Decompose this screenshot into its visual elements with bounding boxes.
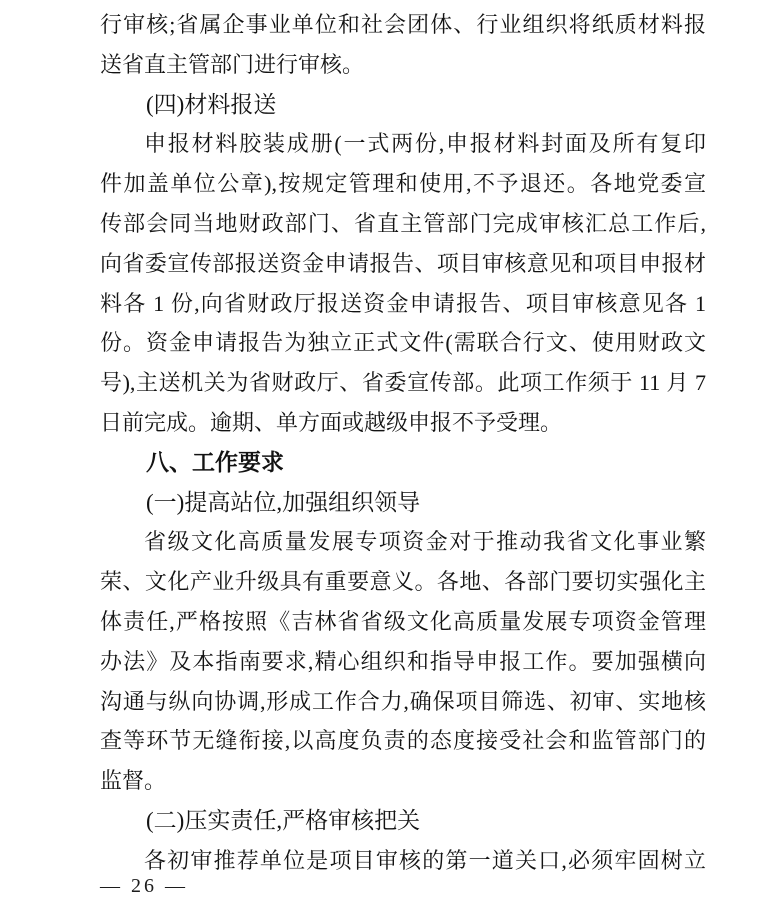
- text-line: 送省直主管部门进行审核。: [100, 45, 706, 85]
- text-line: 号),主送机关为省财政厅、省委宣传部。此项工作须于 11 月 7: [100, 363, 706, 403]
- subsection-heading: (四)材料报送: [100, 85, 706, 125]
- page-number: — 26 —: [100, 873, 188, 899]
- text-line: 体责任,严格按照《吉林省省级文化高质量发展专项资金管理: [100, 602, 706, 642]
- text-line: 监督。: [100, 761, 706, 801]
- text-line: 省级文化高质量发展专项资金对于推动我省文化事业繁: [100, 522, 706, 562]
- text-line: 各初审推荐单位是项目审核的第一道关口,必须牢固树立: [100, 841, 706, 881]
- document-page: 行审核;省属企事业单位和社会团体、行业组织将纸质材料报送省直主管部门进行审核。(…: [0, 0, 782, 910]
- text-line: 沟通与纵向协调,形成工作合力,确保项目筛选、初审、实地核: [100, 682, 706, 722]
- text-line: 日前完成。逾期、单方面或越级申报不予受理。: [100, 403, 706, 443]
- subsection-heading: (二)压实责任,严格审核把关: [100, 801, 706, 841]
- text-block: 行审核;省属企事业单位和社会团体、行业组织将纸质材料报送省直主管部门进行审核。(…: [100, 5, 706, 881]
- text-line: 申报材料胶装成册(一式两份,申报材料封面及所有复印: [100, 124, 706, 164]
- text-line: 行审核;省属企事业单位和社会团体、行业组织将纸质材料报: [100, 5, 706, 45]
- text-line: 件加盖单位公章),按规定管理和使用,不予退还。各地党委宣: [100, 164, 706, 204]
- subsection-heading: (一)提高站位,加强组织领导: [100, 483, 706, 523]
- text-line: 向省委宣传部报送资金申请报告、项目审核意见和项目申报材: [100, 244, 706, 284]
- text-line: 料各 1 份,向省财政厅报送资金申请报告、项目审核意见各 1: [100, 284, 706, 324]
- section-heading: 八、工作要求: [100, 443, 706, 483]
- text-line: 办法》及本指南要求,精心组织和指导申报工作。要加强横向: [100, 642, 706, 682]
- text-line: 荣、文化产业升级具有重要意义。各地、各部门要切实强化主: [100, 562, 706, 602]
- text-line: 查等环节无缝衔接,以高度负责的态度接受社会和监管部门的: [100, 721, 706, 761]
- text-line: 份。资金申请报告为独立正式文件(需联合行文、使用财政文: [100, 323, 706, 363]
- text-line: 传部会同当地财政部门、省直主管部门完成审核汇总工作后,: [100, 204, 706, 244]
